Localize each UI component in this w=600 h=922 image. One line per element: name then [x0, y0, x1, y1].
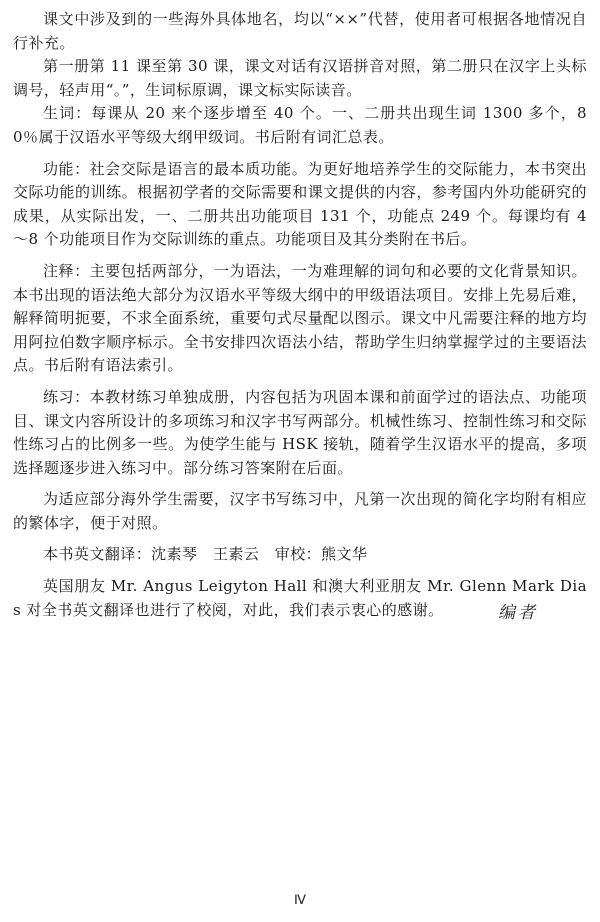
document-body: 课文中涉及到的一些海外具体地名，均以“××”代替，使用者可根据各地情况自行补充。… — [13, 8, 587, 622]
editor-signature: 编者 — [498, 598, 538, 623]
paragraph-vocabulary: 生词：每课从 20 来个逐步增至 40 个。一、二册共出现生词 1300 多个，… — [13, 102, 587, 149]
paragraph-notes: 注释：主要包括两部分，一为语法，一为难理解的词句和必要的文化背景知识。本书出现的… — [13, 260, 587, 378]
paragraph-place-names: 课文中涉及到的一些海外具体地名，均以“××”代替，使用者可根据各地情况自行补充。 — [13, 8, 587, 55]
paragraph-traditional-characters: 为适应部分海外学生需要，汉字书写练习中，凡第一次出现的简化字均附有相应的繁体字，… — [13, 488, 587, 535]
paragraph-pinyin: 第一册第 11 课至第 30 课，课文对话有汉语拼音对照，第二册只在汉字上头标调… — [13, 55, 587, 102]
paragraph-translators: 本书英文翻译：沈素琴 王素云 审校：熊文华 — [13, 543, 587, 567]
page-number: Ⅳ — [0, 892, 600, 908]
paragraph-functions: 功能：社会交际是语言的最本质功能。为更好地培养学生的交际能力，本书突出交际功能的… — [13, 158, 587, 252]
paragraph-exercises: 练习：本教材练习单独成册，内容包括为巩固本课和前面学过的语法点、功能项目、课文内… — [13, 386, 587, 480]
